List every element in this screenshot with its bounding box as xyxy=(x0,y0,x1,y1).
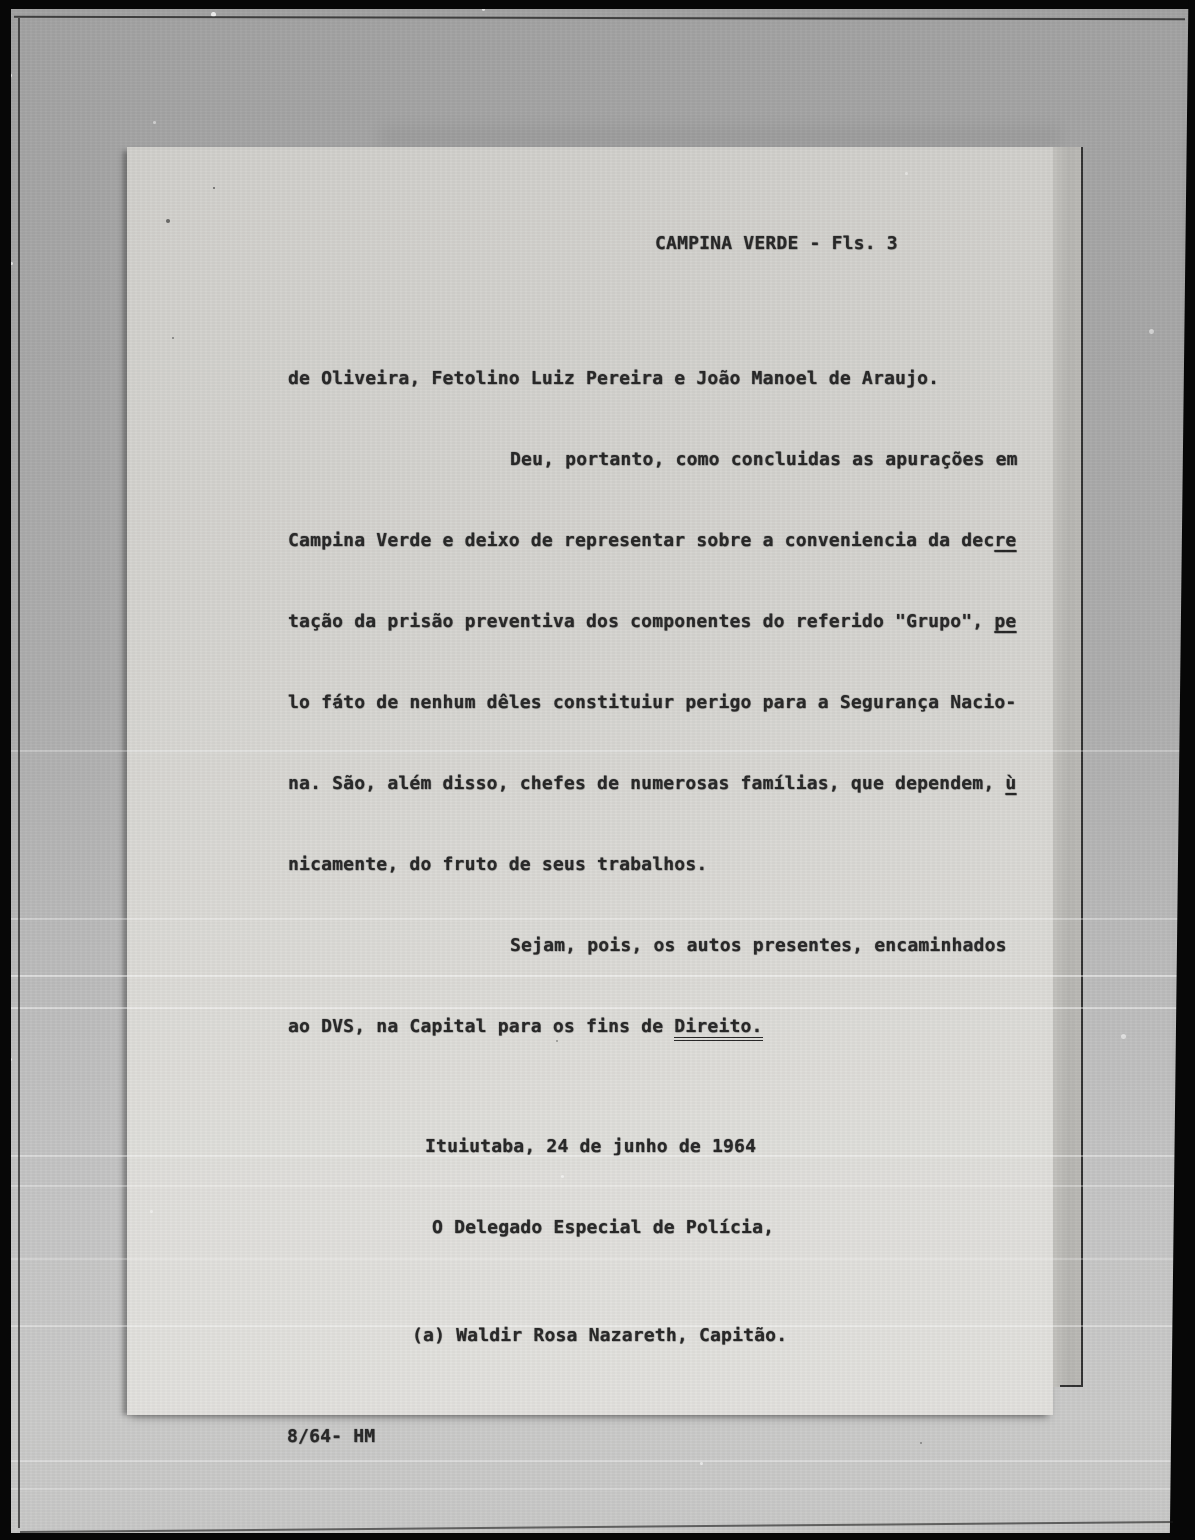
body-line: lo fáto de nenhum dêles constituiur peri… xyxy=(288,689,1033,716)
document-text: CAMPINA VERDE - Fls. 3 de Oliveira, Feto… xyxy=(288,176,1033,1477)
photo-frame-bottom xyxy=(0,1533,1195,1540)
body-line: Sejam, pois, os autos presentes, encamin… xyxy=(288,932,1033,959)
scan-line xyxy=(0,750,1195,752)
photo-frame-left xyxy=(0,0,11,1540)
paper-top-shadow xyxy=(380,126,1060,148)
scan-line xyxy=(0,1460,1195,1462)
photo-frame-top xyxy=(0,0,1195,9)
scan-line xyxy=(0,1155,1195,1157)
scan-line xyxy=(0,918,1195,920)
scan-line xyxy=(0,1258,1195,1260)
body-line: nicamente, do fruto de seus trabalhos. xyxy=(288,851,1033,878)
body-line: de Oliveira, Fetolino Luiz Pereira e Joã… xyxy=(288,365,1033,392)
scan-line xyxy=(0,1007,1195,1009)
body-line: Campina Verde e deixo de representar sob… xyxy=(288,527,1033,554)
signer-role: O Delegado Especial de Polícia, xyxy=(432,1214,1033,1241)
body-line: na. São, além disso, chefes de numerosas… xyxy=(288,770,1033,797)
frame-inner-line-left xyxy=(18,18,20,1528)
scan-line xyxy=(0,975,1195,977)
scanned-document-page: { "doc": { "header": "CAMPINA VERDE - Fl… xyxy=(0,0,1195,1540)
body-line: ao DVS, na Capital para os fins de Direi… xyxy=(288,1013,1033,1040)
scan-line xyxy=(0,1488,1195,1490)
page-header: CAMPINA VERDE - Fls. 3 xyxy=(655,230,1033,257)
scan-line xyxy=(0,1325,1195,1327)
body-line: Deu, portanto, como concluidas as apuraç… xyxy=(288,446,1033,473)
file-reference: 8/64- HM xyxy=(287,1423,1033,1450)
second-page-edge xyxy=(1053,147,1082,1387)
second-page-edge-line xyxy=(1081,147,1083,1387)
scan-line xyxy=(0,1185,1195,1187)
body-line: tação da prisão preventiva dos component… xyxy=(288,608,1033,635)
